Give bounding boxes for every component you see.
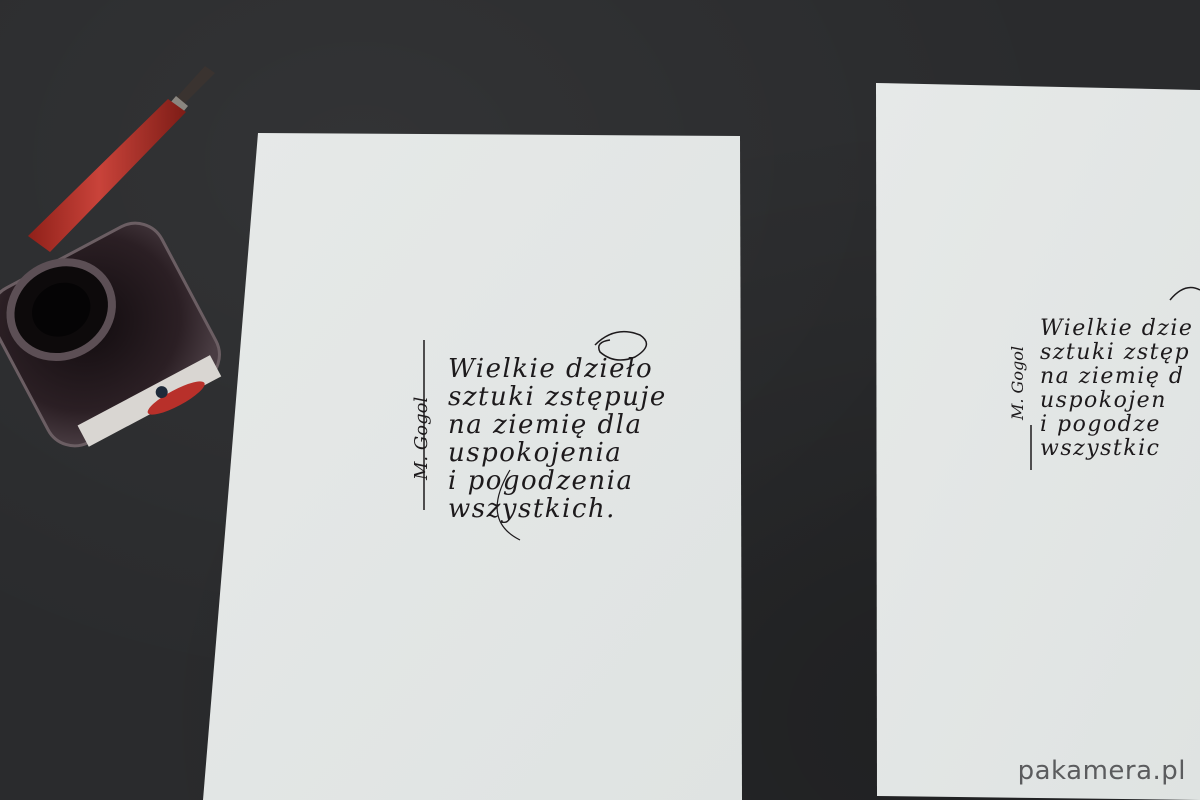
calligraphy-line: sztuki zstępuje	[448, 384, 667, 410]
calligraphy-line: Wielkie dzie	[1040, 318, 1193, 340]
calligraphy-line: na ziemię dla	[448, 412, 667, 438]
calligraphy-line: uspokojen	[1040, 390, 1193, 412]
author-signature-right: M. Gogol	[1008, 346, 1027, 420]
calligraphy-main: Wielkie dzieło sztuki zstępuje na ziemię…	[448, 356, 667, 522]
calligraphy-line: i pogodzenia	[448, 468, 667, 494]
calligraphy-line: na ziemię d	[1040, 366, 1193, 388]
calligraphy-line: wszystkich.	[448, 496, 667, 522]
calligraphy-line: uspokojenia	[448, 440, 667, 466]
calligraphy-line: Wielkie dzieło	[448, 356, 667, 382]
watermark: pakamera.pl	[1018, 756, 1186, 786]
calligraphy-right: Wielkie dzie sztuki zstęp na ziemię d us…	[1040, 318, 1193, 460]
calligraphy-line: i pogodze	[1040, 414, 1193, 436]
calligraphy-line: wszystkic	[1040, 438, 1193, 460]
author-signature-main: M. Gogol	[411, 397, 432, 480]
calligraphy-line: sztuki zstęp	[1040, 342, 1193, 364]
